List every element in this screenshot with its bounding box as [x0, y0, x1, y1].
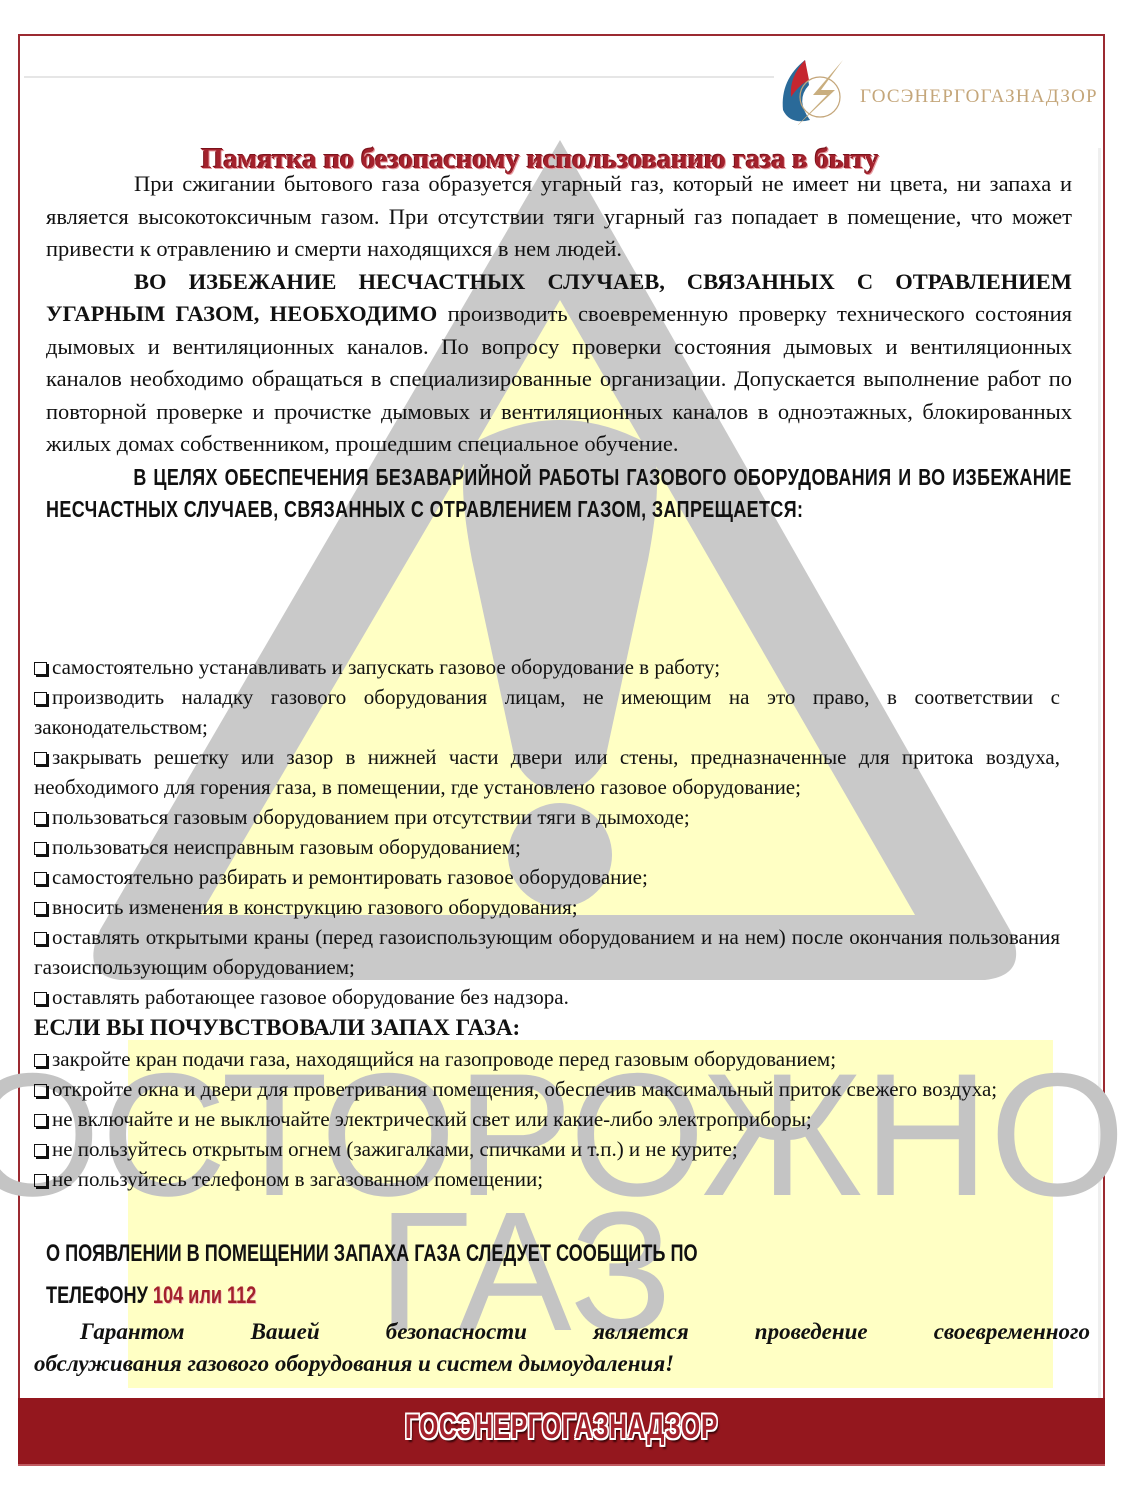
checkbox-bullet-icon	[34, 812, 47, 825]
prohibited-list: самостоятельно устанавливать и запускать…	[34, 652, 1060, 1194]
gas-smell-item: не пользуйтесь открытым огнем (зажигалка…	[34, 1134, 1060, 1164]
prohibited-item: пользоваться газовым оборудованием при о…	[34, 802, 1060, 832]
report-notice: О ПОЯВЛЕНИИ В ПОМЕЩЕНИИ ЗАПАХА ГАЗА СЛЕД…	[46, 1233, 1080, 1317]
prohibited-item: производить наладку газового оборудовани…	[34, 682, 1060, 742]
checkbox-bullet-icon	[34, 842, 47, 855]
footer-org-name: ГОСЭНЕРГОГАЗНАДЗОР	[170, 1408, 953, 1447]
checkbox-bullet-icon	[34, 872, 47, 885]
intro-paragraph: При сжигании бытового газа образуется уг…	[46, 168, 1072, 266]
checkbox-bullet-icon	[34, 932, 47, 945]
footer-banner: ГОСЭНЕРГОГАЗНАДЗОР	[18, 1398, 1105, 1466]
gas-smell-item: закройте кран подачи газа, находящийся н…	[34, 1044, 1060, 1074]
gas-smell-heading: ЕСЛИ ВЫ ПОЧУВСТВОВАЛИ ЗАПАХ ГАЗА:	[34, 1012, 1060, 1044]
prohibited-item: пользоваться неисправным газовым оборудо…	[34, 832, 1060, 862]
prohibited-item: закрывать решетку или зазор в нижней час…	[34, 742, 1060, 802]
guarantee-line-1: Гарантом Вашей безопасности является про…	[34, 1316, 1090, 1348]
requirement-paragraph: ВО ИЗБЕЖАНИЕ НЕСЧАСТНЫХ СЛУЧАЕВ, СВЯЗАНН…	[46, 266, 1072, 461]
checkbox-bullet-icon	[34, 902, 47, 915]
prohibited-item: оставлять открытыми краны (перед газоисп…	[34, 922, 1060, 982]
intro-section: При сжигании бытового газа образуется уг…	[46, 168, 1072, 526]
checkbox-bullet-icon	[34, 752, 47, 765]
checkbox-bullet-icon	[34, 1144, 47, 1157]
right-edge-shadow	[1098, 148, 1101, 1398]
prohibited-item: самостоятельно устанавливать и запускать…	[34, 652, 1060, 682]
checkbox-bullet-icon	[34, 662, 47, 675]
prohibited-item: вносить изменения в конструкцию газового…	[34, 892, 1060, 922]
header-divider	[24, 76, 774, 78]
report-line-2: ТЕЛЕФОНУ 104 или 112	[46, 1275, 1080, 1317]
checkbox-bullet-icon	[34, 1084, 47, 1097]
prohibited-item: самостоятельно разбирать и ремонтировать…	[34, 862, 1060, 892]
logo-org-name: ГОСЭНЕРГОГАЗНАДЗОР	[860, 86, 1098, 108]
prohibited-heading: В ЦЕЛЯХ ОБЕСПЕЧЕНИЯ БЕЗАВАРИЙНОЙ РАБОТЫ …	[46, 461, 1072, 526]
guarantee-note: Гарантом Вашей безопасности является про…	[34, 1316, 1090, 1380]
checkbox-bullet-icon	[34, 1114, 47, 1127]
checkbox-bullet-icon	[34, 692, 47, 705]
guarantee-line-2: обслуживания газового оборудования и сис…	[34, 1348, 1090, 1380]
checkbox-bullet-icon	[34, 1174, 47, 1187]
emergency-phones: 104 или 112	[153, 1282, 256, 1309]
report-line-1: О ПОЯВЛЕНИИ В ПОМЕЩЕНИИ ЗАПАХА ГАЗА СЛЕД…	[46, 1233, 1080, 1275]
checkbox-bullet-icon	[34, 992, 47, 1005]
gas-smell-item: откройте окна и двери для проветривания …	[34, 1074, 1060, 1104]
gas-smell-item: не пользуйтесь телефоном в загазованном …	[34, 1164, 1060, 1194]
prohibited-item: оставлять работающее газовое оборудовани…	[34, 982, 1060, 1012]
gas-smell-item: не включайте и не выключайте электрическ…	[34, 1104, 1060, 1134]
checkbox-bullet-icon	[34, 1054, 47, 1067]
